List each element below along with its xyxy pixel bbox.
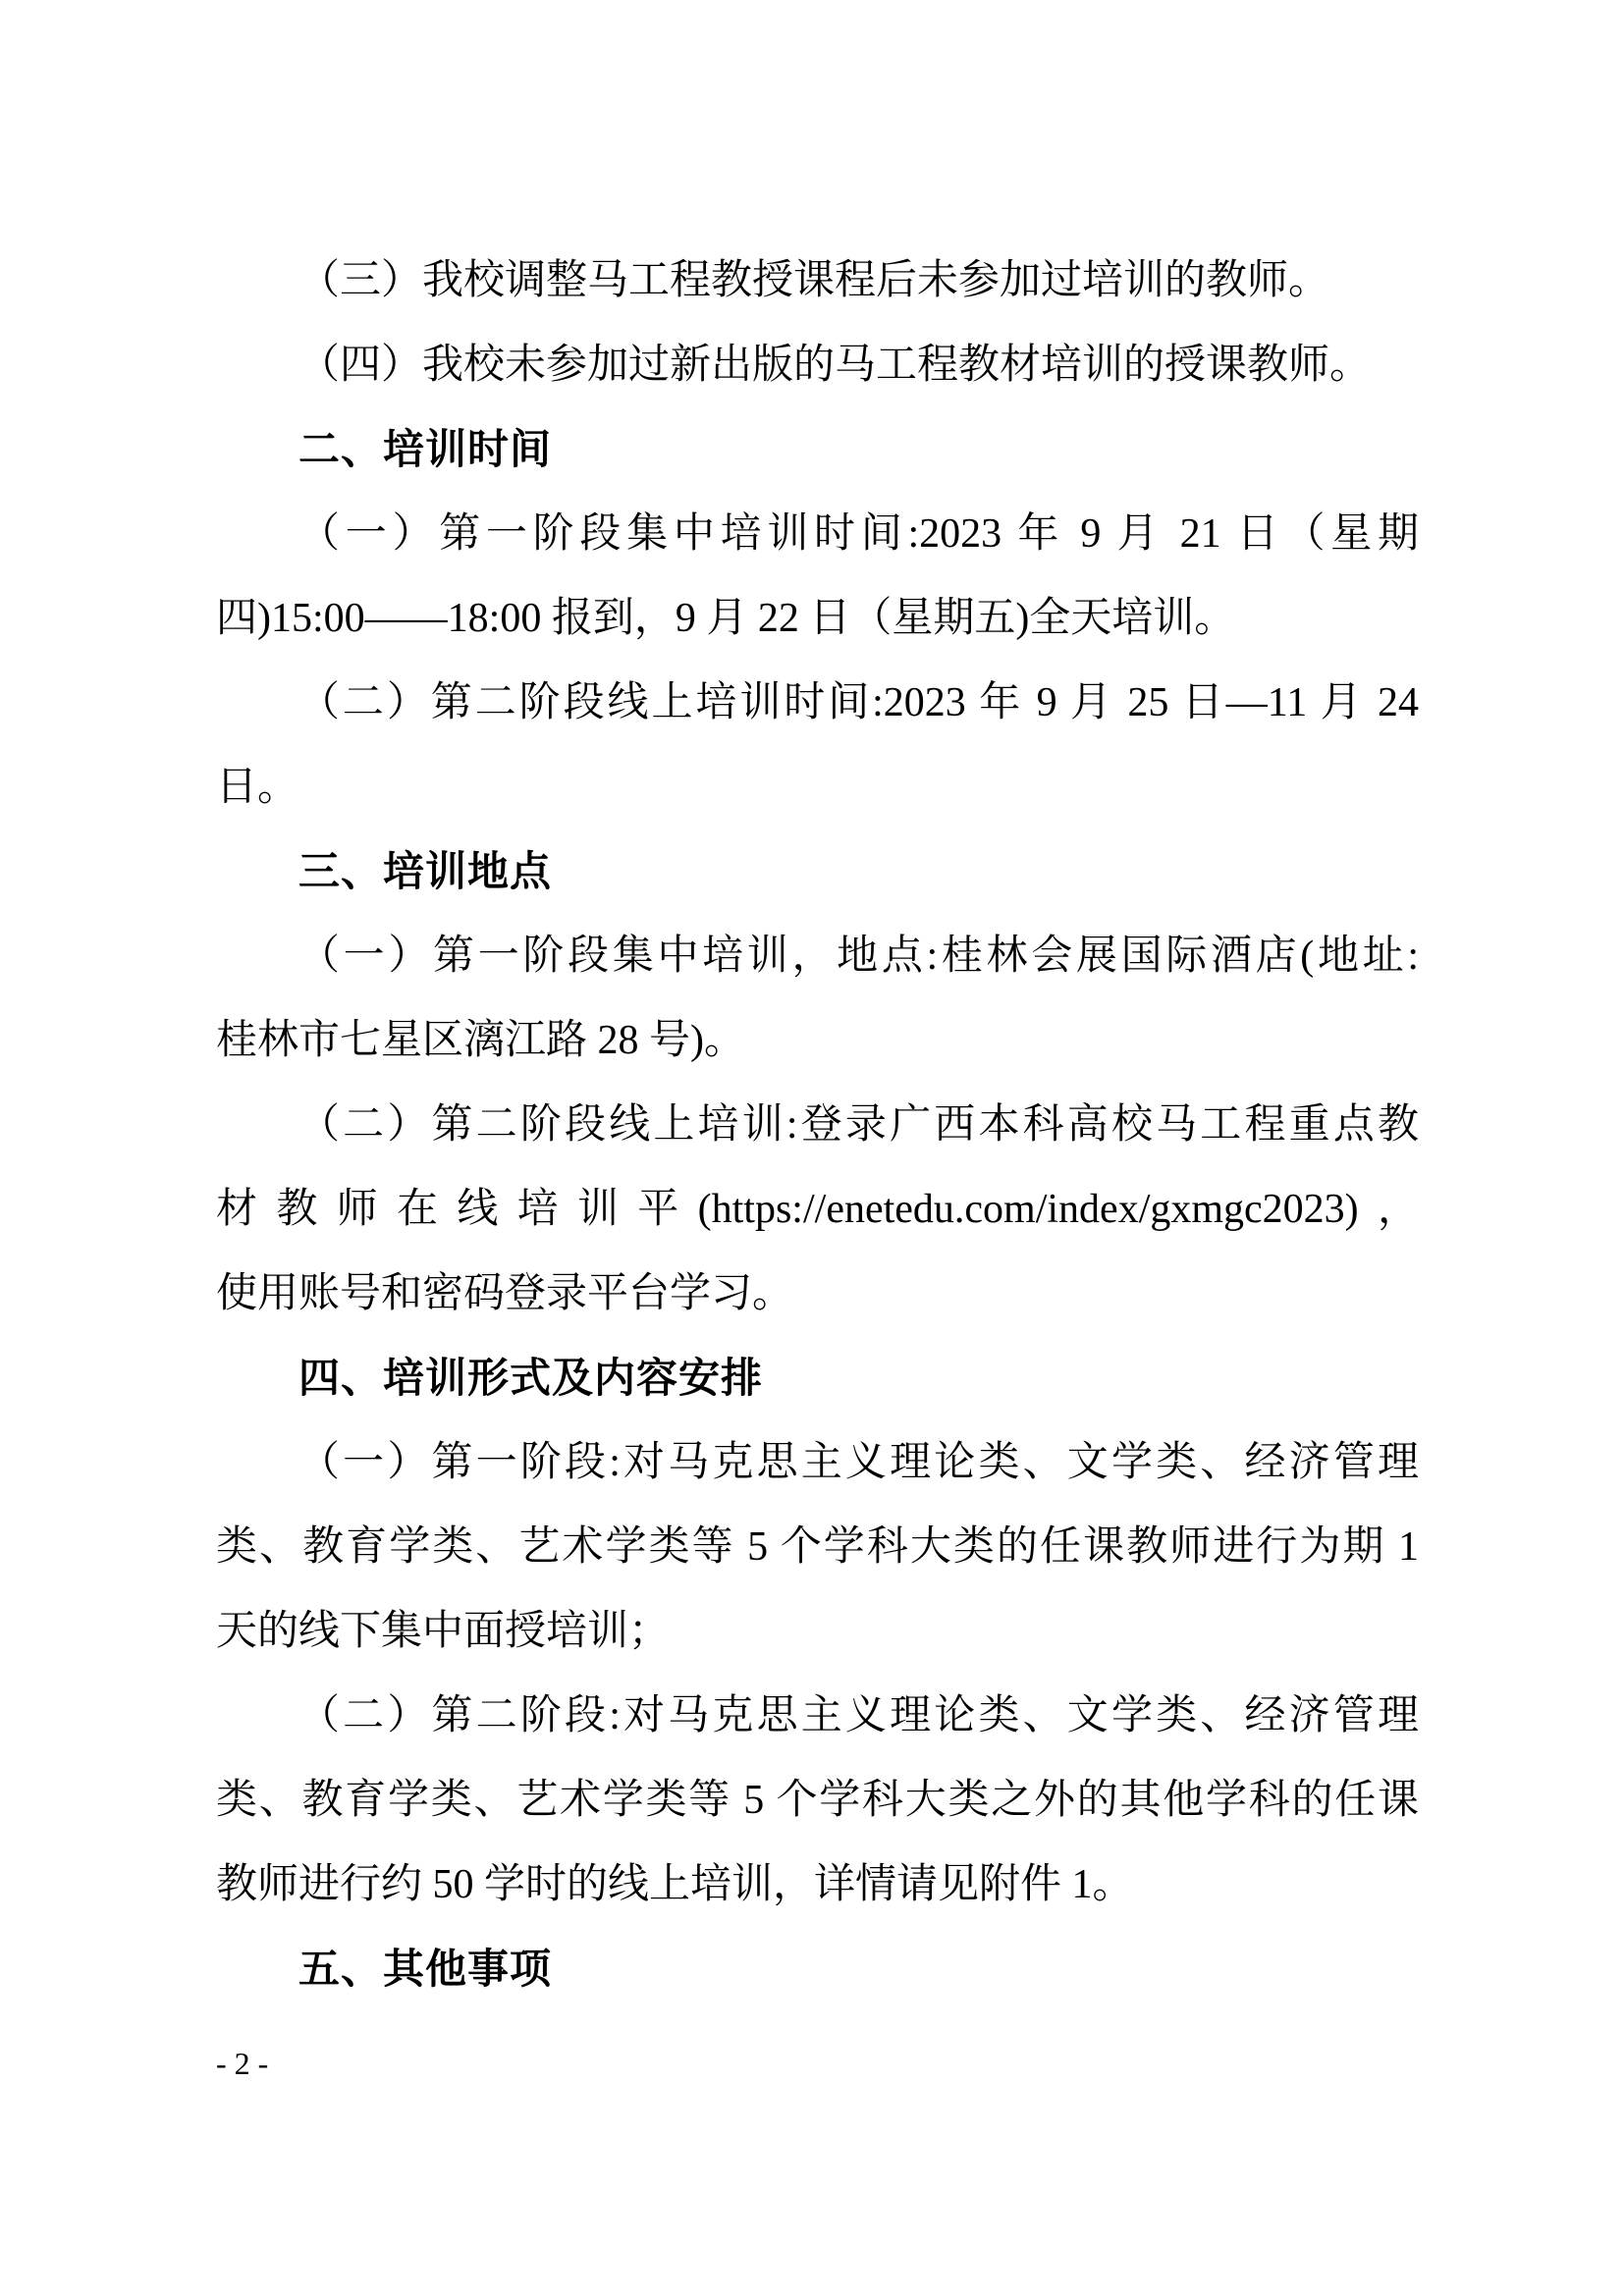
text-line-url: 材教师在线培训平(https://enetedu.com/index/gxmgc…	[216, 1167, 1419, 1252]
text-line: （一）第一阶段集中培训时间:2023 年 9 月 21 日（星期	[216, 492, 1419, 576]
text-line: （一）第一阶段集中培训，地点:桂林会展国际酒店(地址:	[216, 914, 1419, 998]
text-line: 类、教育学类、艺术学类等 5 个学科大类的任课教师进行为期 1	[216, 1505, 1419, 1589]
document-page: （三）我校调整马工程教授课程后未参加过培训的教师。 （四）我校未参加过新出版的马…	[0, 0, 1624, 2296]
text-line: （三）我校调整马工程教授课程后未参加过培训的教师。	[216, 239, 1419, 323]
section-heading-4: 四、培训形式及内容安排	[216, 1336, 1419, 1420]
text-line: 日。	[216, 745, 1419, 829]
document-body: （三）我校调整马工程教授课程后未参加过培训的教师。 （四）我校未参加过新出版的马…	[216, 239, 1419, 2011]
text-line: （一）第一阶段:对马克思主义理论类、文学类、经济管理	[216, 1420, 1419, 1505]
text-line: 使用账号和密码登录平台学习。	[216, 1252, 1419, 1336]
section-heading-3: 三、培训地点	[216, 829, 1419, 914]
section-heading-2: 二、培训时间	[216, 407, 1419, 492]
section-heading-5: 五、其他事项	[216, 1927, 1419, 2011]
text-line: （二）第二阶段线上培训:登录广西本科高校马工程重点教	[216, 1083, 1419, 1167]
text-line: （四）我校未参加过新出版的马工程教材培训的授课教师。	[216, 323, 1419, 407]
text-line: 类、教育学类、艺术学类等 5 个学科大类之外的其他学科的任课	[216, 1758, 1419, 1842]
text-line: 教师进行约 50 学时的线上培训，详情请见附件 1。	[216, 1842, 1419, 1927]
text-line: 天的线下集中面授培训；	[216, 1589, 1419, 1674]
page-number: - 2 -	[216, 2044, 268, 2083]
text-line: （二）第二阶段线上培训时间:2023 年 9 月 25 日—11 月 24	[216, 661, 1419, 745]
text-line: （二）第二阶段:对马克思主义理论类、文学类、经济管理	[216, 1674, 1419, 1758]
text-line: 四)15:00——18:00 报到，9 月 22 日（星期五)全天培训。	[216, 576, 1419, 661]
text-line: 桂林市七星区漓江路 28 号)。	[216, 998, 1419, 1083]
